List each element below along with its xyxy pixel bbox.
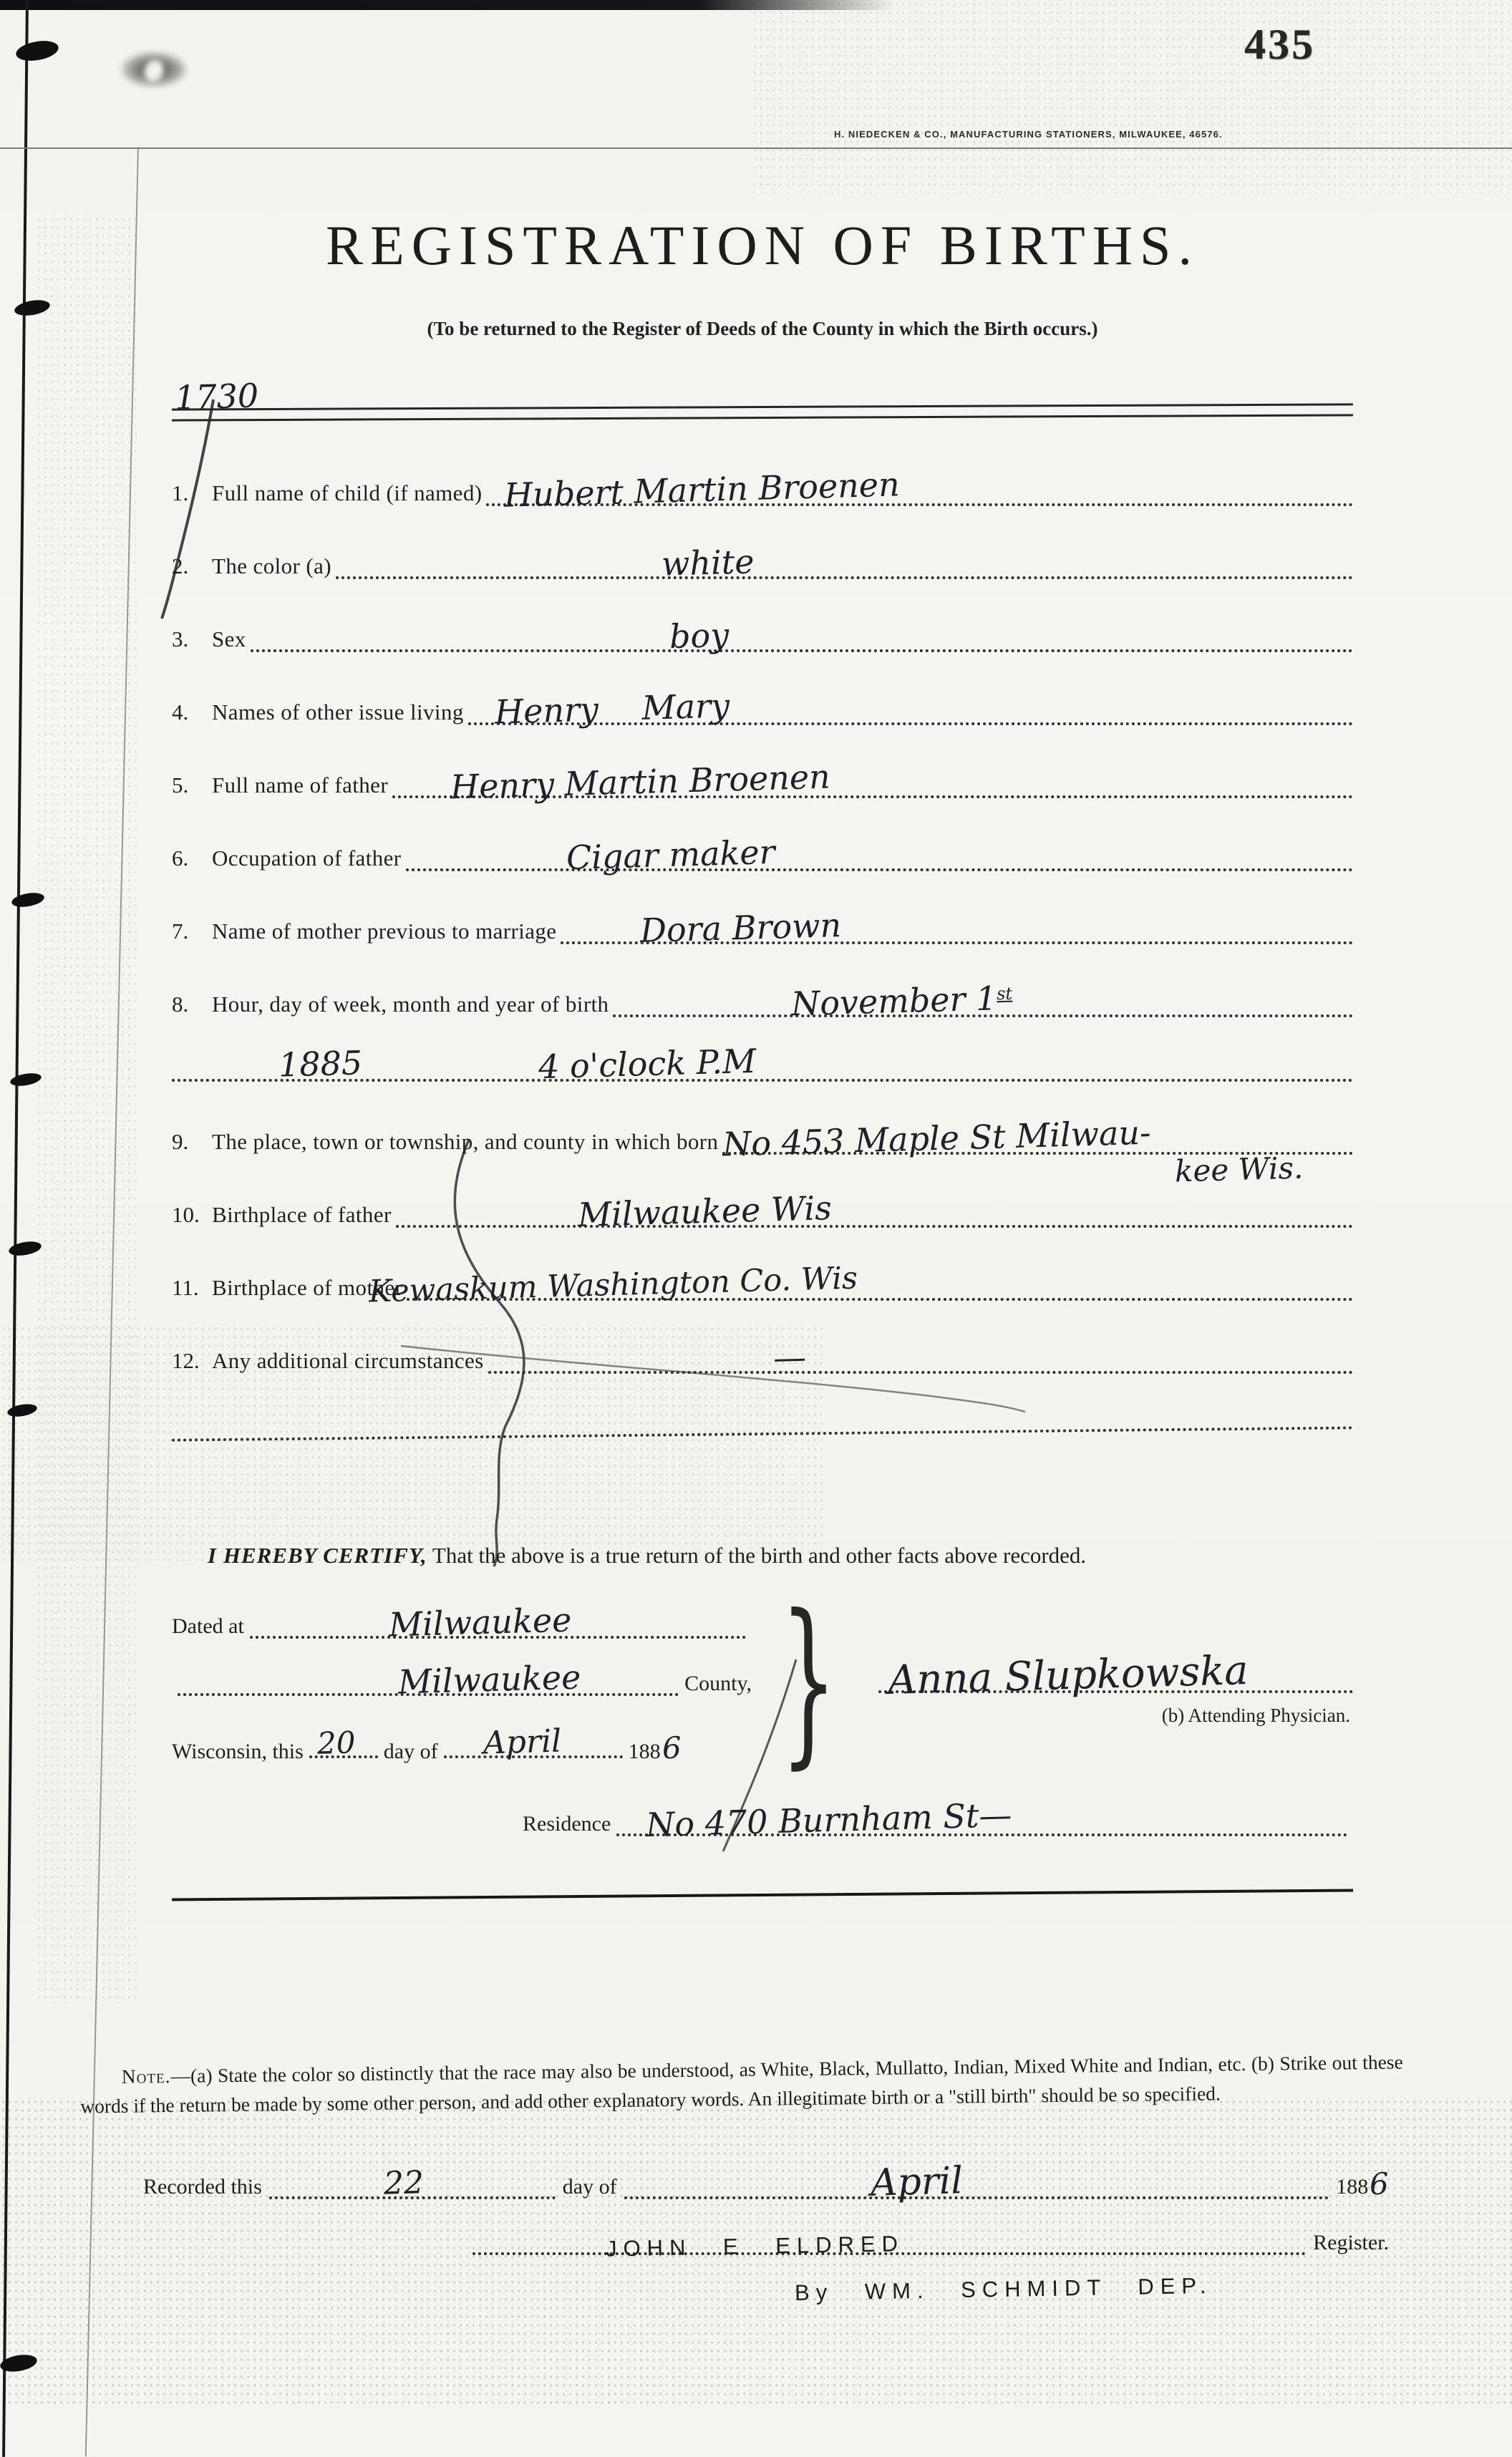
handwritten-value: Henry Mary [494,689,730,728]
certify-rest: That the above is a true return of the b… [427,1543,1086,1568]
handwritten-month: April [871,2162,964,2202]
dotted-answer-line: Henry Mary [468,714,1353,725]
field-row-10: 10. Birthplace of father Milwaukee Wis [172,1202,1353,1228]
field-number: 10. [172,1202,212,1228]
physician-signature-line: Anna Slupkowska [878,1682,1353,1693]
binding-stitch-mark [8,1239,42,1258]
handwritten-value: boy [669,619,729,653]
handwritten-value: Cigar maker [566,835,776,874]
field-number: 9. [172,1129,212,1155]
field-label: Full name of father [212,772,388,798]
physician-signature: Anna Slupkowska [888,1651,1249,1701]
scan-noise-left [36,215,136,2005]
field-row-8: 8. Hour, day of week, month and year of … [172,992,1353,1017]
field-label: The color (a) [212,553,331,579]
certification-right-column: Anna Slupkowska (b) Attending Physician. [866,1590,1353,1727]
day-of-label: day of [384,1740,438,1764]
field-label: The place, town or township, and county … [212,1129,718,1155]
field-label: Name of mother previous to marriage [212,919,556,944]
binding-stitch-mark [11,891,45,909]
register-label: Register. [1313,2231,1389,2255]
field-number: 4. [172,699,212,725]
handwritten-value: No 453 Maple St Milwau- [722,1116,1152,1161]
handwritten-residence: No 470 Burnham St— [646,1798,1012,1841]
deputy-signature: By WM. SCHMIDT DEP. [795,2273,1213,2306]
handwritten-city: Milwaukee [388,1603,571,1641]
field-number: 11. [172,1275,212,1301]
handwritten-value: Hubert Martin Broenen [503,467,900,511]
certification-left-column: Dated at Milwaukee Milwaukee County, Wis… [172,1590,752,1764]
recorded-section: Recorded this 22 day of April 188 6 JOHN… [107,2169,1389,2302]
field-label: Full name of child (if named) [212,480,482,506]
recorded-row: Recorded this 22 day of April 188 6 [107,2169,1389,2199]
form-title: REGISTRATION OF BIRTHS. [172,213,1353,278]
dotted-answer-line: April [444,1747,623,1758]
register-row: JOHN E ELDRED Register. [465,2231,1389,2255]
dotted-answer-line: Cigar maker [406,860,1354,871]
dotted-answer-line: JOHN E ELDRED [472,2244,1306,2255]
field-label: Hour, day of week, month and year of bir… [212,992,609,1017]
handwritten-month: April [483,1725,561,1759]
residence-label: Residence [523,1812,611,1836]
deputy-row: By WM. SCHMIDT DEP. [795,2277,1389,2302]
field-row-11: 11. Birthplace of mother Kewaskum Washin… [172,1275,1353,1301]
ordinal-suffix: st [996,984,1012,1004]
form-subtitle: (To be returned to the Register of Deeds… [172,318,1353,340]
day-of-label: day of [563,2175,617,2199]
field-number: 1. [172,480,212,506]
dotted-answer-line: 1885 4 o'clock P.M [172,1070,1353,1082]
dotted-answer-line: No 453 Maple St Milwau- kee Wis. [722,1143,1353,1155]
dotted-answer-line: Dora Brown [561,933,1353,944]
attending-physician-label: (b) Attending Physician. [878,1705,1353,1727]
dotted-answer-line: boy [251,641,1353,652]
handwritten-value: Kewaskum Washington Co. Wis [369,1263,858,1307]
ink-smudge-highlight [141,57,167,84]
field-row-12: 12. Any additional circumstances — [172,1348,1353,1374]
state-prefix-label: Wisconsin, this [172,1740,304,1764]
field-label: Occupation of father [212,845,402,871]
dotted-answer-line: — [488,1362,1353,1374]
field-row-3: 3. Sex boy [172,626,1353,652]
field-row-1: 1. Full name of child (if named) Hubert … [172,480,1353,506]
dotted-answer-line: November 1st [613,1006,1353,1017]
record-number-row: 1730 [172,367,1353,419]
binding-stitch-mark [14,38,60,64]
section-divider-rule [172,1889,1353,1901]
handwritten-time: 4 o'clock P.M [538,1045,756,1083]
handwritten-value-continuation: kee Wis. [1174,1153,1303,1187]
field-label: Names of other issue living [212,699,464,725]
field-number: 7. [172,919,212,944]
county-label: County, [684,1672,752,1696]
register-signature: JOHN E ELDRED [606,2231,905,2262]
dated-at-label: Dated at [172,1614,244,1639]
recorded-prefix: Recorded this [143,2175,262,2199]
handwritten-year-digit: 6 [661,1733,682,1764]
handwritten-day: 22 [383,2167,424,2200]
handwritten-value: November 1st [790,982,1012,1021]
certification-block: Dated at Milwaukee Milwaukee County, Wis… [172,1590,1353,1766]
dotted-answer-line: Henry Martin Broenen [392,787,1353,798]
handwritten-day: 20 [317,1727,357,1758]
dotted-answer-line: April [624,2188,1329,2199]
field-label: Sex [212,626,246,652]
dotted-answer-line: Milwaukee [250,1627,746,1639]
birth-registration-scan: 435 H. NIEDECKEN & CO., MANUFACTURING ST… [0,0,1512,2457]
dotted-answer-line: 22 [269,2188,556,2199]
dated-at-row: Dated at Milwaukee [172,1614,752,1639]
dotted-answer-line: white [336,568,1353,579]
field-row-7: 7. Name of mother previous to marriage D… [172,919,1353,944]
field-number: 12. [172,1348,212,1374]
dotted-answer-line: Milwaukee Wis [396,1216,1353,1228]
handwritten-year: 1885 [278,1046,362,1081]
field-number: 8. [172,992,212,1017]
state-date-row: Wisconsin, this 20 day of April 188 6 [172,1733,752,1764]
double-rule [172,403,1353,421]
field-row-5: 5. Full name of father Henry Martin Broe… [172,772,1353,798]
handwritten-value: white [661,545,755,581]
dotted-answer-line: No 470 Burnham St— [616,1825,1347,1836]
binding-stitch-mark [6,1402,38,1418]
handwritten-year-digit: 6 [1370,2169,1390,2200]
curly-brace: } [780,1596,838,1766]
dotted-answer-line: 20 [309,1747,378,1758]
dotted-answer-line: Hubert Martin Broenen [486,495,1353,506]
footnote: Note.—(a) State the color so distinctly … [80,2047,1404,2121]
field-row-6: 6. Occupation of father Cigar maker [172,845,1353,871]
handwritten-value: Dora Brown [639,908,841,947]
field-number: 6. [172,845,212,871]
registration-form: REGISTRATION OF BIRTHS. (To be returned … [172,0,1353,1896]
year-printed: 188 [1336,2175,1368,2199]
year-printed: 188 [629,1740,661,1764]
binding-edge-line [2,0,29,2457]
field-number: 5. [172,772,212,798]
binding-stitch-mark [9,1071,42,1087]
footnote-lead: Note. [122,2065,171,2088]
handwritten-value: Milwaukee Wis [577,1191,832,1231]
handwritten-county: Milwaukee [397,1660,581,1698]
residence-row: Residence No 470 Burnham St— [523,1812,1353,1836]
field-number: 3. [172,626,212,652]
field-label: Any additional circumstances [212,1348,484,1374]
field-row-4: 4. Names of other issue living Henry Mar… [172,699,1353,725]
handwritten-value: — [773,1340,807,1374]
certify-lead: I HEREBY CERTIFY, [208,1543,427,1568]
field-number: 2. [172,553,212,579]
binding-stitch-mark [14,298,52,318]
field-row-8-continuation: 1885 4 o'clock P.M [172,1070,1353,1082]
dotted-answer-line [172,1417,1353,1441]
blank-continuation-line [172,1424,1353,1435]
county-row: Milwaukee County, [172,1672,752,1696]
field-label: Birthplace of father [212,1202,392,1228]
dotted-answer-line: Milwaukee [178,1685,679,1696]
footnote-text: —(a) State the color so distinctly that … [80,2050,1403,2117]
dotted-answer-line: Kewaskum Washington Co. Wis [407,1289,1353,1301]
field-row-2: 2. The color (a) white [172,553,1353,579]
certification-statement: I HEREBY CERTIFY, That the above is a tr… [172,1543,1353,1569]
handwritten-value: Henry Martin Broenen [450,760,830,804]
field-row-9: 9. The place, town or township, and coun… [172,1129,1353,1155]
